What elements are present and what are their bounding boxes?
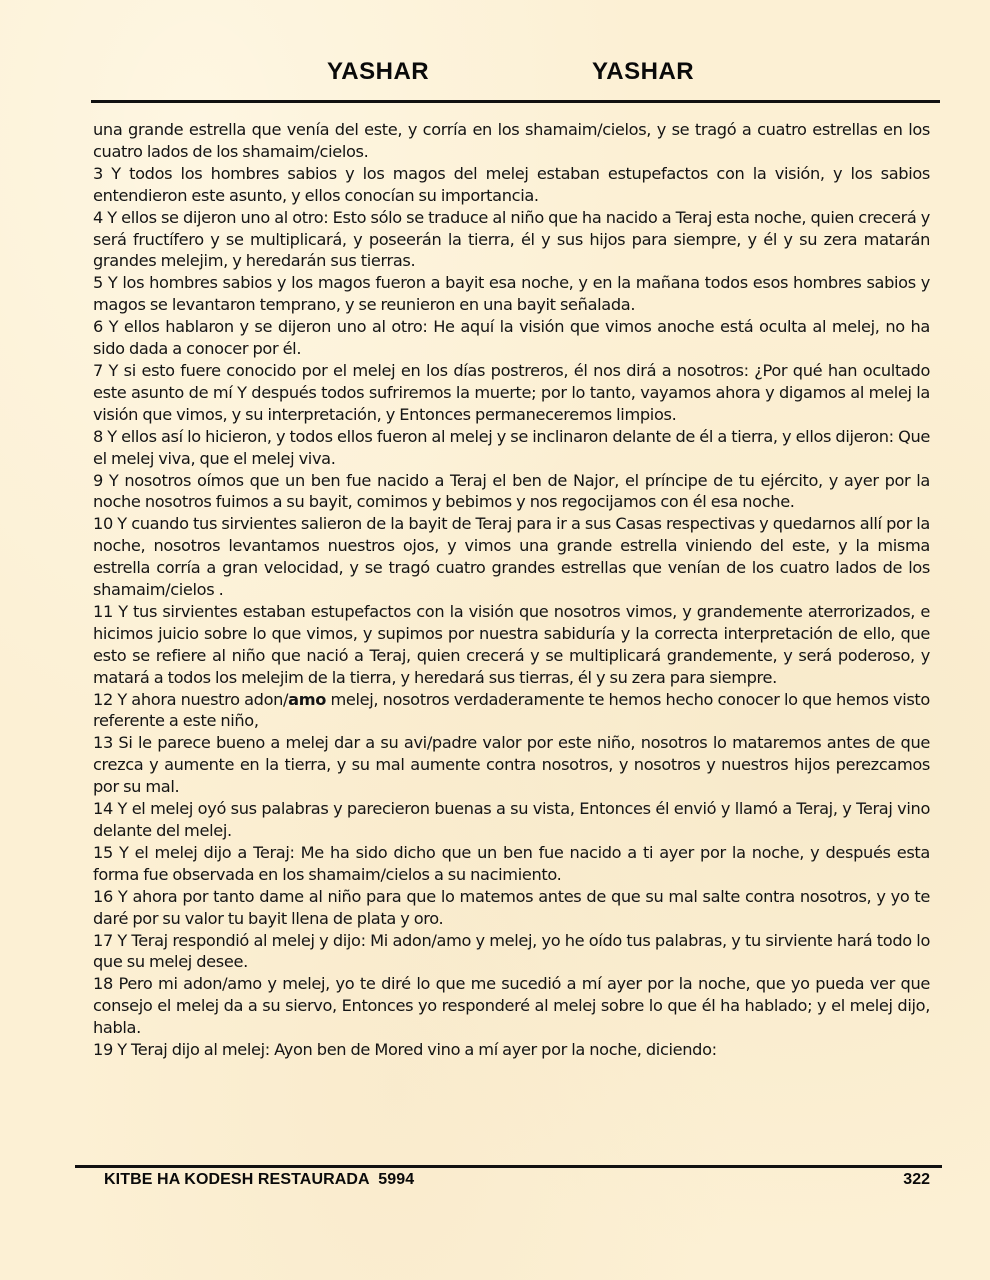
verse-12: 12 Y ahora nuestro adon/amo melej, nosot… xyxy=(93,689,930,733)
verse-9: 9 Y nosotros oímos que un ben fue nacido… xyxy=(93,470,930,514)
page-header: YASHAR YASHAR xyxy=(0,58,990,88)
verse-15: 15 Y el melej dijo a Teraj: Me ha sido d… xyxy=(93,842,930,886)
header-divider xyxy=(91,100,940,103)
header-title-left: YASHAR xyxy=(327,58,429,86)
verse-6: 6 Y ellos hablaron y se dijeron uno al o… xyxy=(93,316,930,360)
verse-19: 19 Y Teraj dijo al melej: Ayon ben de Mo… xyxy=(93,1039,930,1061)
verse-7: 7 Y si esto fuere conocido por el melej … xyxy=(93,360,930,426)
paragraph-continuation: una grande estrella que venía del este, … xyxy=(93,119,930,163)
page-body: una grande estrella que venía del este, … xyxy=(93,119,930,1061)
verse-3: 3 Y todos los hombres sabios y los magos… xyxy=(93,163,930,207)
verse-14: 14 Y el melej oyó sus palabras y parecie… xyxy=(93,798,930,842)
footer-divider xyxy=(75,1165,942,1168)
verse-11: 11 Y tus sirvientes estaban estupefactos… xyxy=(93,601,930,689)
verse-12-bold-word: amo xyxy=(288,690,326,709)
page-number: 322 xyxy=(903,1171,930,1189)
verse-4: 4 Y ellos se dijeron uno al otro: Esto s… xyxy=(93,207,930,273)
header-title-right: YASHAR xyxy=(592,58,694,86)
verse-16: 16 Y ahora por tanto dame al niño para q… xyxy=(93,886,930,930)
verse-5: 5 Y los hombres sabios y los magos fuero… xyxy=(93,272,930,316)
verse-17: 17 Y Teraj respondió al melej y dijo: Mi… xyxy=(93,930,930,974)
footer-book-title: KITBE HA KODESH RESTAURADA 5994 xyxy=(104,1171,414,1189)
verse-8: 8 Y ellos así lo hicieron, y todos ellos… xyxy=(93,426,930,470)
verse-12-before: 12 Y ahora nuestro adon/ xyxy=(93,690,288,709)
verse-18: 18 Pero mi adon/amo y melej, yo te diré … xyxy=(93,973,930,1039)
verse-10: 10 Y cuando tus sirvientes salieron de l… xyxy=(93,513,930,601)
verse-13: 13 Si le parece bueno a melej dar a su a… xyxy=(93,732,930,798)
